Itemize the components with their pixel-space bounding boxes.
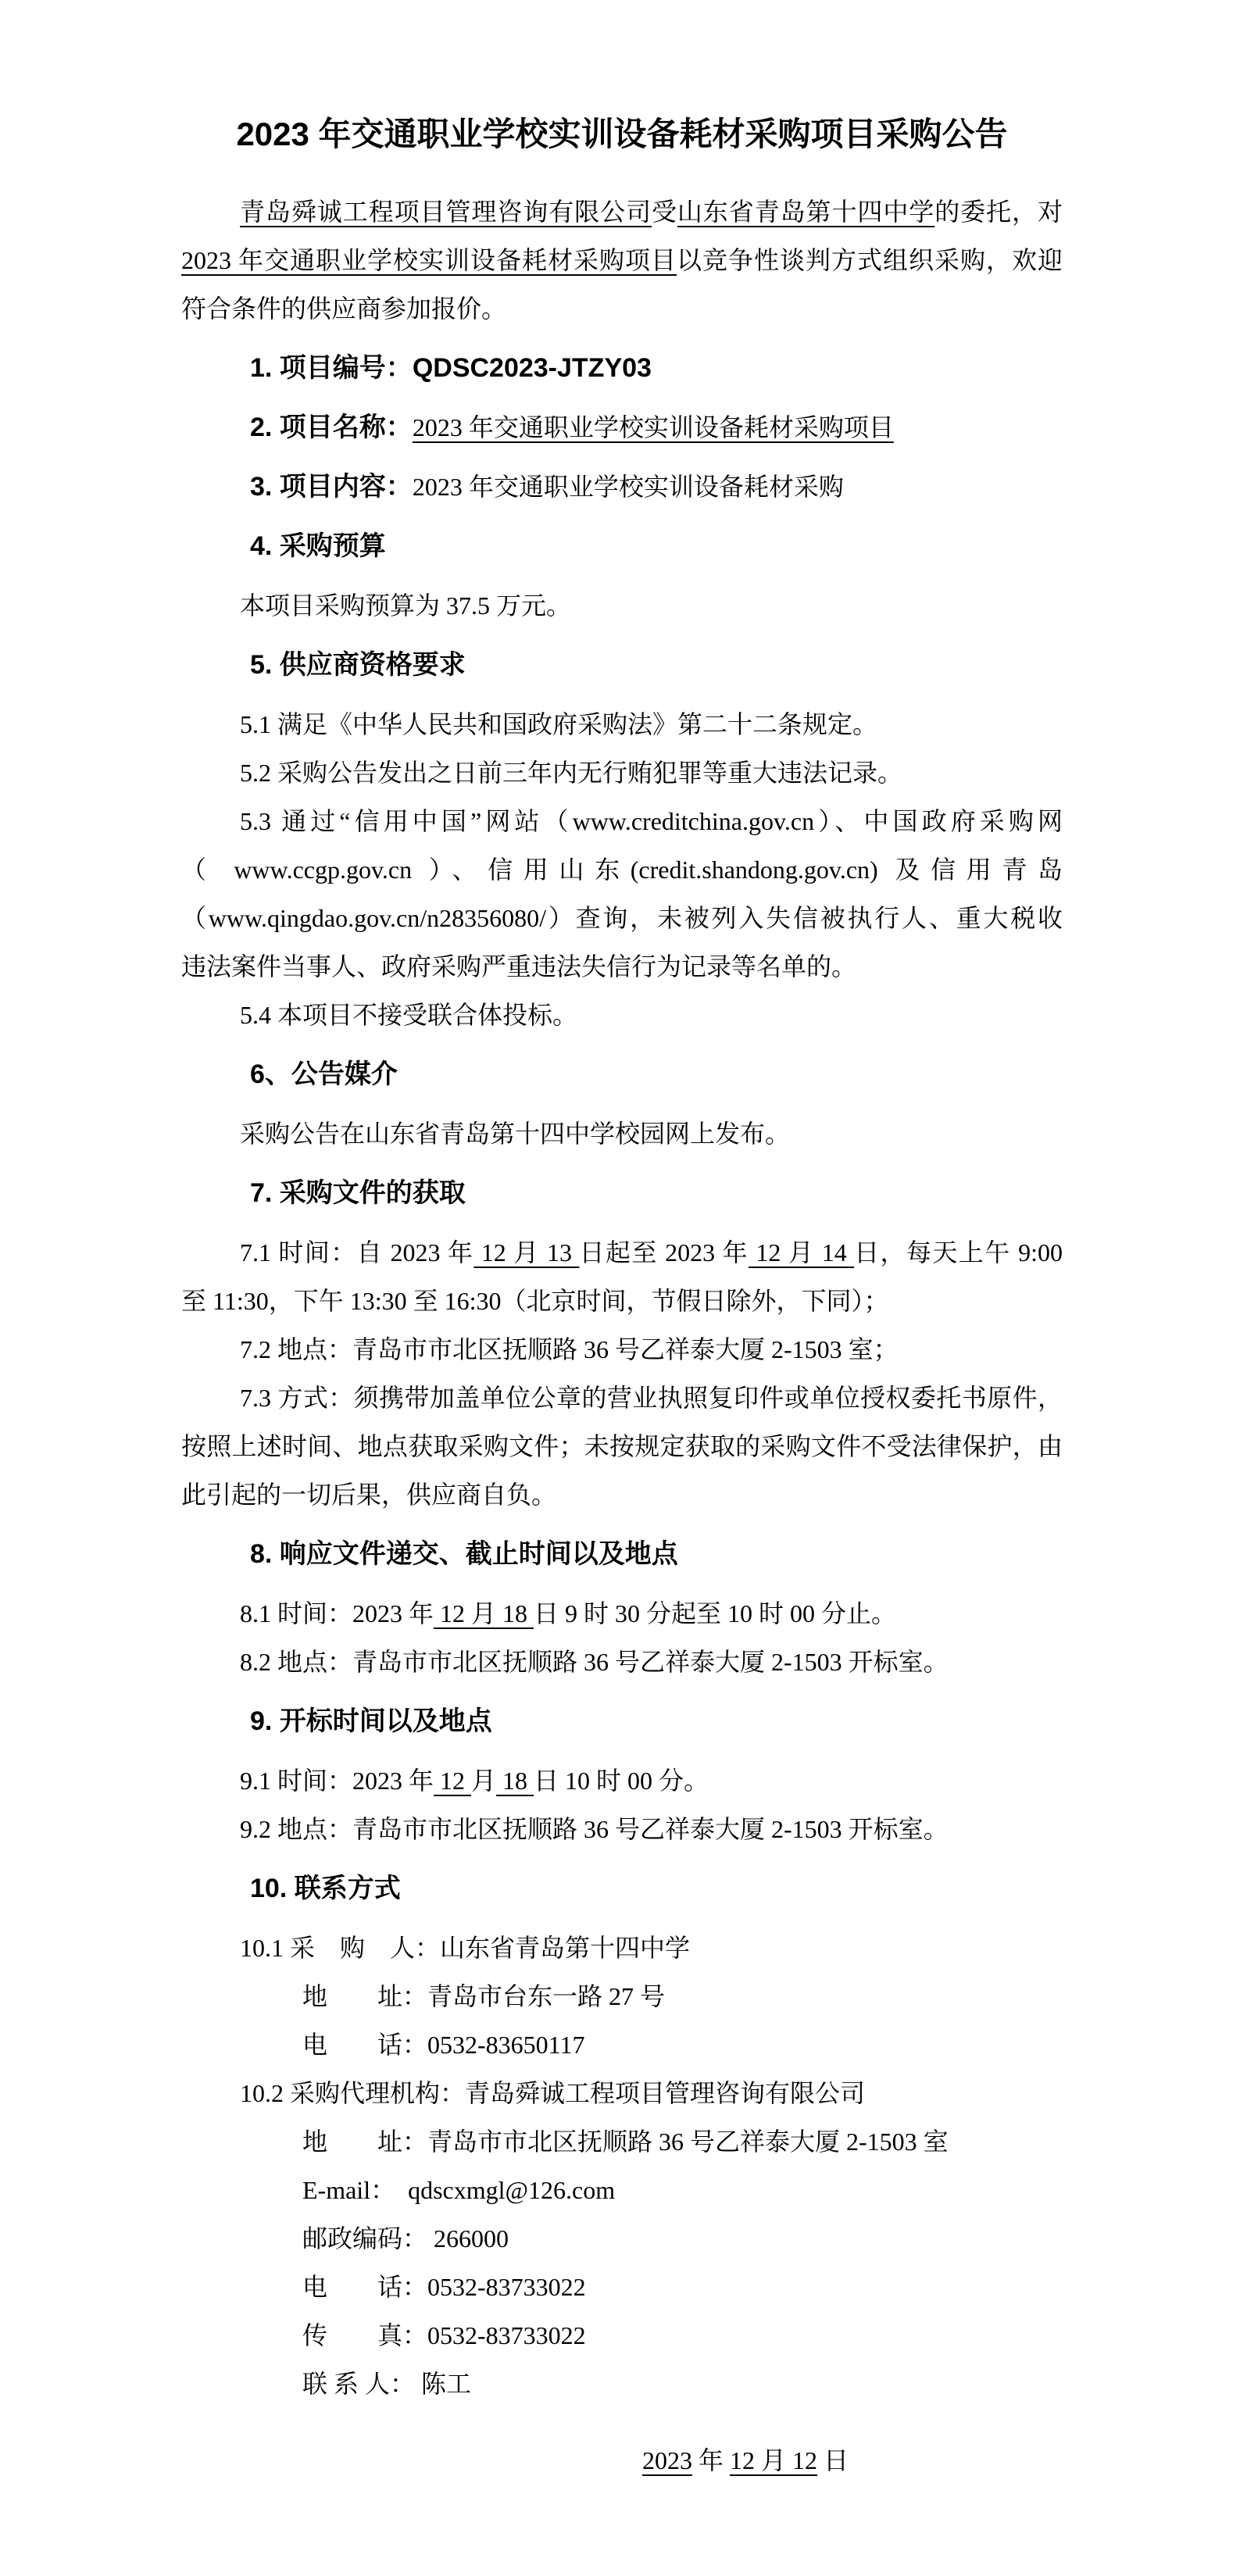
doc-paragraph: 8.2 地点：青岛市市北区抚顺路 36 号乙祥泰大厦 2-1503 开标室。 xyxy=(181,1638,1063,1686)
text-segment: 按照上述时间、地点获取采购文件；未按规定获取的采购文件不受法律保护，由 xyxy=(181,1432,1063,1460)
underlined-text: 12 xyxy=(434,1767,471,1795)
doc-line: 2023 年 12 月 12 日 xyxy=(181,2436,1063,2485)
doc-line: 9.1 时间：2023 年 12 月 18 日 10 时 00 分。 xyxy=(181,1756,1063,1805)
doc-line: 8. 响应文件递交、截止时间以及地点 xyxy=(181,1530,1063,1578)
section-heading: 5. 供应商资格要求 xyxy=(181,641,1063,689)
doc-line: 至 11:30，下午 13:30 至 16:30（北京时间，节假日除外，下同）； xyxy=(181,1277,1063,1325)
text-segment: 1. 项目编号： xyxy=(250,353,413,383)
doc-line: （www.qingdao.gov.cn/n28356080/）查询，未被列入失信… xyxy=(181,894,1063,942)
text-segment: 10.2 采购代理机构：青岛舜诚工程项目管理咨询有限公司 xyxy=(240,2079,865,2107)
text-segment: 电 话：0532-83733022 xyxy=(302,2273,586,2301)
doc-line: 9.2 地点：青岛市市北区抚顺路 36 号乙祥泰大厦 2-1503 开标室。 xyxy=(181,1805,1063,1853)
text-segment: 5.3 通过“信用中国”网站（www.creditchina.gov.cn）、中… xyxy=(240,807,1063,835)
text-segment: 日 xyxy=(817,2446,849,2474)
doc-line: 地 址：青岛市市北区抚顺路 36 号乙祥泰大厦 2-1503 室 xyxy=(181,2117,1063,2166)
section-heading: 1. 项目编号：QDSC2023-JTZY03 xyxy=(181,344,1063,392)
doc-line: 7. 采购文件的获取 xyxy=(181,1169,1063,1217)
doc-paragraph: 7.2 地点：青岛市市北区抚顺路 36 号乙祥泰大厦 2-1503 室； xyxy=(181,1325,1063,1374)
text-segment: 5.4 本项目不接受联合体投标。 xyxy=(240,1001,577,1029)
doc-paragraph: 5.4 本项目不接受联合体投标。 xyxy=(181,991,1063,1039)
doc-line: 电 话：0532-83650117 xyxy=(181,2020,1063,2069)
contact-line: 电 话：0532-83650117 xyxy=(181,2020,1063,2069)
doc-paragraph: 采购公告在山东省青岛第十四中学校园网上发布。 xyxy=(181,1109,1063,1158)
text-segment: 采购公告在山东省青岛第十四中学校园网上发布。 xyxy=(240,1120,790,1148)
text-segment: 此引起的一切后果，供应商自负。 xyxy=(181,1481,556,1509)
text-segment: 8. 响应文件递交、截止时间以及地点 xyxy=(250,1539,678,1569)
doc-paragraph: 8.1 时间：2023 年 12 月 18 日 9 时 30 分起至 10 时 … xyxy=(181,1589,1063,1638)
underlined-text: 山东省青岛第十四中学 xyxy=(677,198,934,226)
text-segment: 7.3 方式：须携带加盖单位公章的营业执照复印件或单位授权委托书原件， xyxy=(240,1384,1063,1412)
doc-paragraph: 5.1 满足《中华人民共和国政府采购法》第二十二条规定。 xyxy=(181,700,1063,749)
announcement-date: 2023 年 12 月 12 日 xyxy=(181,2436,1063,2485)
doc-line: 2. 项目名称：2023 年交通职业学校实训设备耗材采购项目 xyxy=(181,403,1063,452)
doc-paragraph: 9.1 时间：2023 年 12 月 18 日 10 时 00 分。 xyxy=(181,1756,1063,1805)
text-segment: 7.2 地点：青岛市市北区抚顺路 36 号乙祥泰大厦 2-1503 室； xyxy=(240,1335,899,1363)
text-segment: 传 真：0532-83733022 xyxy=(302,2321,586,2349)
underlined-text: 青岛舜诚工程项目管理咨询有限公司 xyxy=(240,198,652,226)
contact-line: 地 址：青岛市台东一路 27 号 xyxy=(181,1972,1063,2020)
section-heading: 7. 采购文件的获取 xyxy=(181,1169,1063,1217)
text-segment: 2023 年交通职业学校实训设备耗材采购 xyxy=(413,473,844,501)
doc-paragraph: 青岛舜诚工程项目管理咨询有限公司受山东省青岛第十四中学的委托，对2023 年交通… xyxy=(181,188,1063,333)
doc-line: 青岛舜诚工程项目管理咨询有限公司受山东省青岛第十四中学的委托，对 xyxy=(181,188,1063,236)
doc-paragraph: 7.1 时间：自 2023 年 12 月 13 日起至 2023 年 12 月 … xyxy=(181,1228,1063,1325)
doc-line: 7.3 方式：须携带加盖单位公章的营业执照复印件或单位授权委托书原件， xyxy=(181,1374,1063,1422)
doc-paragraph: 5.2 采购公告发出之日前三年内无行贿犯罪等重大违法记录。 xyxy=(181,749,1063,797)
document-body: 青岛舜诚工程项目管理咨询有限公司受山东省青岛第十四中学的委托，对2023 年交通… xyxy=(181,188,1063,2485)
text-segment: 5.2 采购公告发出之日前三年内无行贿犯罪等重大违法记录。 xyxy=(240,759,902,787)
doc-line: 符合条件的供应商参加报价。 xyxy=(181,284,1063,333)
text-segment: 地 址：青岛市台东一路 27 号 xyxy=(302,1982,665,2010)
text-segment: 日 10 时 00 分。 xyxy=(534,1767,709,1795)
doc-line: 5.2 采购公告发出之日前三年内无行贿犯罪等重大违法记录。 xyxy=(181,749,1063,797)
text-segment: 年 xyxy=(692,2446,730,2474)
text-segment: 10.1 采 购 人：山东省青岛第十四中学 xyxy=(240,1934,690,1962)
underlined-text: 2023 xyxy=(642,2446,692,2474)
doc-line: 9. 开标时间以及地点 xyxy=(181,1697,1063,1745)
contact-line: 邮政编码： 266000 xyxy=(181,2214,1063,2263)
section-heading: 9. 开标时间以及地点 xyxy=(181,1697,1063,1745)
text-segment: 至 11:30，下午 13:30 至 16:30（北京时间，节假日除外，下同）； xyxy=(181,1287,889,1315)
doc-line: 传 真：0532-83733022 xyxy=(181,2311,1063,2360)
text-segment: 5. 供应商资格要求 xyxy=(250,650,466,680)
text-segment: 9. 开标时间以及地点 xyxy=(250,1706,492,1736)
text-segment: 5.1 满足《中华人民共和国政府采购法》第二十二条规定。 xyxy=(240,710,877,738)
doc-line: 5.4 本项目不接受联合体投标。 xyxy=(181,991,1063,1039)
text-segment: 7. 采购文件的获取 xyxy=(250,1178,466,1208)
text-segment: 7.1 时间：自 2023 年 xyxy=(240,1238,473,1267)
underlined-text: 2023 年交通职业学校实训设备耗材采购项目 xyxy=(181,246,677,274)
doc-line: 7.1 时间：自 2023 年 12 月 13 日起至 2023 年 12 月 … xyxy=(181,1228,1063,1277)
contact-line: 传 真：0532-83733022 xyxy=(181,2311,1063,2360)
text-segment: 2. 项目名称： xyxy=(250,413,413,442)
doc-line: 本项目采购预算为 37.5 万元。 xyxy=(181,581,1063,630)
text-segment: 4. 采购预算 xyxy=(250,531,386,561)
text-segment: 10. 联系方式 xyxy=(250,1874,401,1903)
doc-line: 此引起的一切后果，供应商自负。 xyxy=(181,1470,1063,1519)
doc-line: 联 系 人： 陈工 xyxy=(181,2360,1063,2408)
underlined-text: 2023 年交通职业学校实训设备耗材采购项目 xyxy=(413,413,894,441)
doc-paragraph: 9.2 地点：青岛市市北区抚顺路 36 号乙祥泰大厦 2-1503 开标室。 xyxy=(181,1805,1063,1853)
doc-line: （ www.ccgp.gov.cn ）、信用山东(credit.shandong… xyxy=(181,845,1063,894)
text-segment: 日，每天上午 9:00 xyxy=(854,1238,1063,1267)
contact-line: 地 址：青岛市市北区抚顺路 36 号乙祥泰大厦 2-1503 室 xyxy=(181,2117,1063,2166)
doc-line: 违法案件当事人、政府采购严重违法失信行为记录等名单的。 xyxy=(181,942,1063,991)
underlined-text: 12 月 13 xyxy=(473,1238,579,1267)
section-heading: 3. 项目内容：2023 年交通职业学校实训设备耗材采购 xyxy=(181,463,1063,511)
text-segment: （ www.ccgp.gov.cn ）、信用山东(credit.shandong… xyxy=(181,856,1063,884)
text-segment: 的委托，对 xyxy=(934,198,1063,226)
doc-line: 5.3 通过“信用中国”网站（www.creditchina.gov.cn）、中… xyxy=(181,797,1063,845)
doc-paragraph: 5.3 通过“信用中国”网站（www.creditchina.gov.cn）、中… xyxy=(181,797,1063,991)
text-segment: 9.1 时间：2023 年 xyxy=(240,1767,434,1795)
section-heading: 4. 采购预算 xyxy=(181,522,1063,570)
section-heading: 8. 响应文件递交、截止时间以及地点 xyxy=(181,1530,1063,1578)
contact-line: E-mail： qdscxmgl@126.com xyxy=(181,2166,1063,2214)
text-segment: 月 xyxy=(471,1767,496,1795)
section-heading: 2. 项目名称：2023 年交通职业学校实训设备耗材采购项目 xyxy=(181,403,1063,452)
doc-line: 10. 联系方式 xyxy=(181,1864,1063,1913)
text-segment: 以竞争性谈判方式组织采购，欢迎 xyxy=(677,246,1063,274)
doc-line: 5. 供应商资格要求 xyxy=(181,641,1063,689)
contact-line: 电 话：0532-83733022 xyxy=(181,2263,1063,2311)
doc-line: 3. 项目内容：2023 年交通职业学校实训设备耗材采购 xyxy=(181,463,1063,511)
text-segment: 日 9 时 30 分起至 10 时 00 分止。 xyxy=(534,1599,896,1627)
text-segment: 6、公告媒介 xyxy=(250,1059,398,1089)
doc-line: 8.1 时间：2023 年 12 月 18 日 9 时 30 分起至 10 时 … xyxy=(181,1589,1063,1638)
document-page: 2023 年交通职业学校实训设备耗材采购项目采购公告 青岛舜诚工程项目管理咨询有… xyxy=(0,0,1240,2531)
doc-line: 8.2 地点：青岛市市北区抚顺路 36 号乙祥泰大厦 2-1503 开标室。 xyxy=(181,1638,1063,1686)
contact-line: 联 系 人： 陈工 xyxy=(181,2360,1063,2408)
text-segment: 联 系 人： 陈工 xyxy=(302,2370,471,2398)
text-segment: 9.2 地点：青岛市市北区抚顺路 36 号乙祥泰大厦 2-1503 开标室。 xyxy=(240,1815,949,1843)
text-segment: E-mail： qdscxmgl@126.com xyxy=(302,2176,615,2204)
doc-line: 采购公告在山东省青岛第十四中学校园网上发布。 xyxy=(181,1109,1063,1158)
doc-line: 电 话：0532-83733022 xyxy=(181,2263,1063,2311)
doc-line: 5.1 满足《中华人民共和国政府采购法》第二十二条规定。 xyxy=(181,700,1063,749)
doc-paragraph: 10.1 采 购 人：山东省青岛第十四中学 xyxy=(181,1924,1063,1972)
underlined-text: 18 xyxy=(496,1767,534,1795)
text-segment: （www.qingdao.gov.cn/n28356080/）查询，未被列入失信… xyxy=(181,904,1063,932)
doc-line: 4. 采购预算 xyxy=(181,522,1063,570)
text-segment: 3. 项目内容： xyxy=(250,472,413,502)
text-segment: 邮政编码： 266000 xyxy=(302,2224,509,2253)
doc-line: 邮政编码： 266000 xyxy=(181,2214,1063,2263)
text-segment: 违法案件当事人、政府采购严重违法失信行为记录等名单的。 xyxy=(181,952,856,981)
doc-paragraph: 10.2 采购代理机构：青岛舜诚工程项目管理咨询有限公司 xyxy=(181,2069,1063,2117)
text-segment: 受 xyxy=(652,198,677,226)
doc-paragraph: 7.3 方式：须携带加盖单位公章的营业执照复印件或单位授权委托书原件，按照上述时… xyxy=(181,1374,1063,1519)
underlined-text: 12 月 14 xyxy=(749,1238,854,1267)
doc-line: 6、公告媒介 xyxy=(181,1050,1063,1099)
doc-line: 10.1 采 购 人：山东省青岛第十四中学 xyxy=(181,1924,1063,1972)
doc-line: 10.2 采购代理机构：青岛舜诚工程项目管理咨询有限公司 xyxy=(181,2069,1063,2117)
text-segment: QDSC2023-JTZY03 xyxy=(413,353,652,383)
doc-line: 按照上述时间、地点获取采购文件；未按规定获取的采购文件不受法律保护，由 xyxy=(181,1422,1063,1470)
text-segment: 日起至 2023 年 xyxy=(579,1238,749,1267)
page-title: 2023 年交通职业学校实训设备耗材采购项目采购公告 xyxy=(181,109,1063,159)
text-segment: 本项目采购预算为 37.5 万元。 xyxy=(240,591,571,620)
doc-line: E-mail： qdscxmgl@126.com xyxy=(181,2166,1063,2214)
doc-paragraph: 本项目采购预算为 37.5 万元。 xyxy=(181,581,1063,630)
section-heading: 10. 联系方式 xyxy=(181,1864,1063,1913)
doc-line: 2023 年交通职业学校实训设备耗材采购项目以竞争性谈判方式组织采购，欢迎 xyxy=(181,236,1063,284)
text-segment: 地 址：青岛市市北区抚顺路 36 号乙祥泰大厦 2-1503 室 xyxy=(302,2128,949,2156)
text-segment: 8.2 地点：青岛市市北区抚顺路 36 号乙祥泰大厦 2-1503 开标室。 xyxy=(240,1648,949,1676)
doc-line: 1. 项目编号：QDSC2023-JTZY03 xyxy=(181,344,1063,392)
text-segment: 电 话：0532-83650117 xyxy=(302,2031,584,2059)
text-segment: 符合条件的供应商参加报价。 xyxy=(181,295,506,323)
doc-line: 7.2 地点：青岛市市北区抚顺路 36 号乙祥泰大厦 2-1503 室； xyxy=(181,1325,1063,1374)
underlined-text: 12 月 18 xyxy=(434,1599,534,1627)
underlined-text: 12 月 12 xyxy=(730,2446,817,2474)
doc-line: 地 址：青岛市台东一路 27 号 xyxy=(181,1972,1063,2020)
section-heading: 6、公告媒介 xyxy=(181,1050,1063,1099)
text-segment: 8.1 时间：2023 年 xyxy=(240,1599,434,1627)
